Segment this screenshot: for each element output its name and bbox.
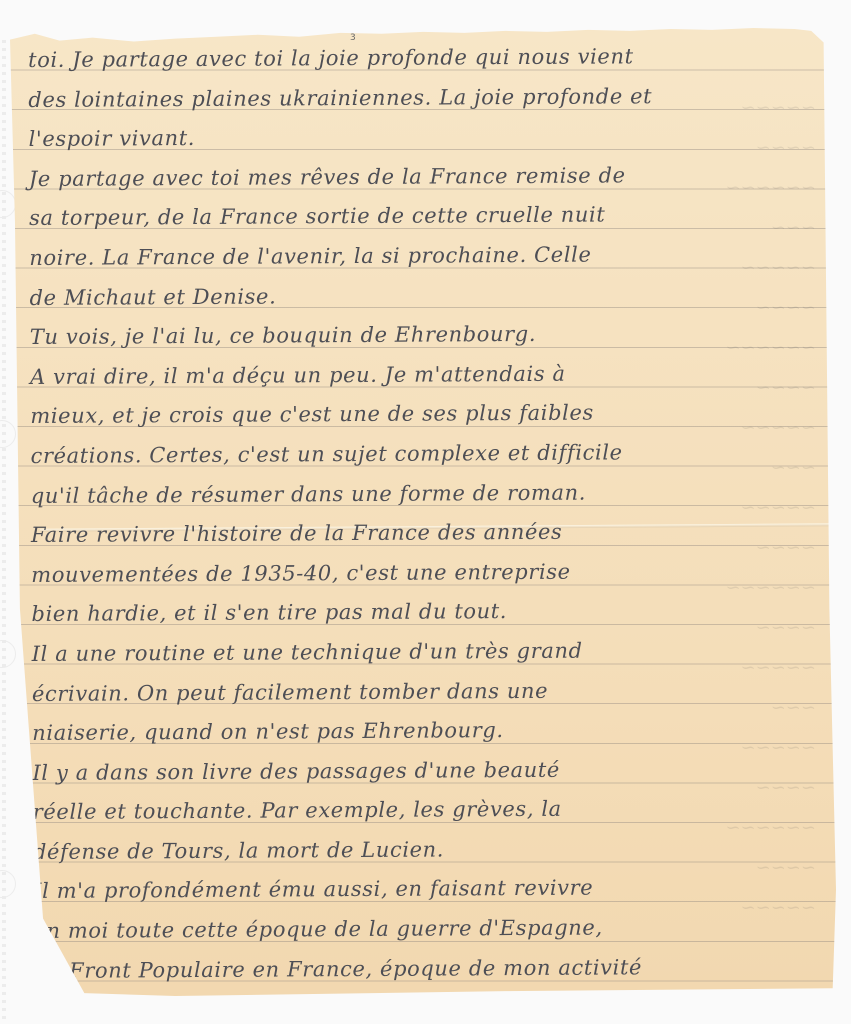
text-line: défense de Tours, la mort de Lucien. [33, 828, 833, 872]
letter-page: ~~~~~~~~~~~~~~~~~~~~~~~ ~~~~~~~~~~~~~~~~… [10, 28, 836, 996]
text-line: mieux, et je crois que c'est une de ses … [30, 392, 830, 436]
text-line: qu'il tâche de résumer dans une forme de… [31, 472, 831, 516]
text-line: Il y a dans son livre des passages d'une… [32, 749, 832, 793]
text-line: l'espoir vivant. [28, 115, 828, 159]
text-line: écrivain. On peut facilement tomber dans… [32, 670, 832, 714]
text-line: toi. Je partage avec toi la joie profond… [28, 36, 828, 80]
text-line: créations. Certes, c'est un sujet comple… [30, 432, 830, 476]
text-line: sa torpeur, de la France sortie de cette… [29, 194, 829, 238]
text-line: niaiserie, quand on n'est pas Ehrenbourg… [32, 709, 832, 753]
text-line: des lointaines plaines ukrainiennes. La … [28, 76, 828, 120]
text-line: Il a une routine et une technique d'un t… [32, 630, 832, 674]
text-line: du Front Populaire en France, époque de … [34, 947, 834, 991]
text-line: mouvementées de 1935-40, c'est une entre… [31, 551, 831, 595]
text-line: de Michaut et Denise. [29, 274, 829, 318]
text-line: noire. La France de l'avenir, la si proc… [29, 234, 829, 278]
letter-body: toi. Je partage avec toi la joie profond… [28, 36, 834, 991]
text-line: A vrai dire, il m'a déçu un peu. Je m'at… [30, 353, 830, 397]
text-line: réelle et touchante. Par exemple, les gr… [33, 788, 833, 832]
text-line: Je partage avec toi mes rêves de la Fran… [29, 155, 829, 199]
text-line: Il m'a profondément ému aussi, en faisan… [33, 868, 833, 912]
text-line: en moi toute cette époque de la guerre d… [33, 907, 833, 951]
text-line: Tu vois, je l'ai lu, ce bouquin de Ehren… [30, 313, 830, 357]
text-line: bien hardie, et il s'en tire pas mal du … [31, 590, 831, 634]
text-line: Faire revivre l'histoire de la France de… [31, 511, 831, 555]
